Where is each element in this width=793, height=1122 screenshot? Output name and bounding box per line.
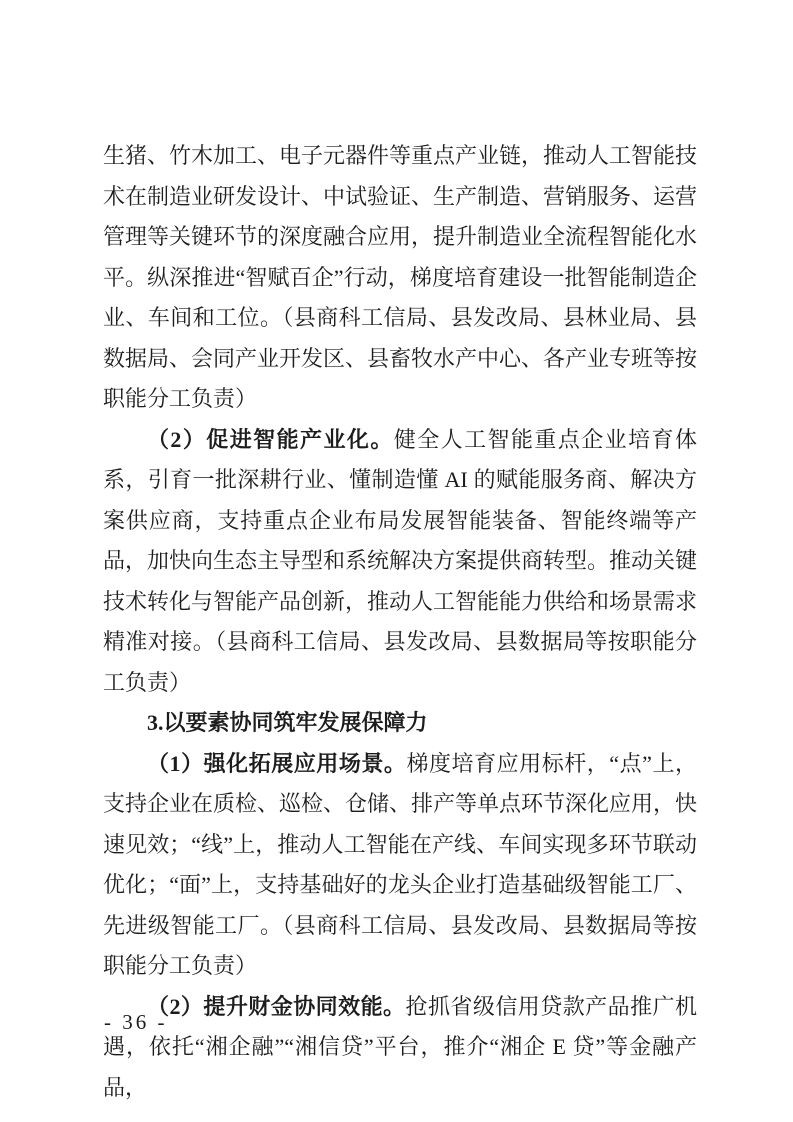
paragraph-item-2-promote-industrialization: （2）促进智能产业化。健全人工智能重点企业培育体系，引育一批深耕行业、懂制造懂 … bbox=[103, 420, 697, 704]
paragraph-item-2-fiscal-finance: （2）提升财金协同效能。抢抓省级信用贷款产品推广机遇，依托“湘企融”“湘信贷”平… bbox=[103, 987, 697, 1109]
document-body: 生猪、竹木加工、电子元器件等重点产业链，推动人工智能技术在制造业研发设计、中试验… bbox=[103, 136, 697, 1108]
run-in-heading: （1）强化拓展应用场景。 bbox=[147, 751, 406, 776]
heading-text: 3.以要素协同筑牢发展保障力 bbox=[147, 710, 428, 735]
document-page: 生猪、竹木加工、电子元器件等重点产业链，推动人工智能技术在制造业研发设计、中试验… bbox=[0, 0, 793, 1122]
run-in-heading: （2）促进智能产业化。 bbox=[147, 427, 394, 452]
run-in-heading: （2）提升财金协同效能。 bbox=[147, 994, 406, 1019]
page-number: - 36 - bbox=[104, 1006, 168, 1038]
section-heading-3: 3.以要素协同筑牢发展保障力 bbox=[103, 703, 697, 744]
paragraph-item-1-application-scenarios: （1）强化拓展应用场景。梯度培育应用标杆，“点”上，支持企业在质检、巡检、仓储、… bbox=[103, 744, 697, 987]
body-text: 梯度培育应用标杆，“点”上，支持企业在质检、巡检、仓储、排产等单点环节深化应用，… bbox=[103, 751, 697, 979]
body-text: 健全人工智能重点企业培育体系，引育一批深耕行业、懂制造懂 AI 的赋能服务商、解… bbox=[103, 427, 697, 695]
body-text: 生猪、竹木加工、电子元器件等重点产业链，推动人工智能技术在制造业研发设计、中试验… bbox=[103, 143, 697, 411]
paragraph-continuation: 生猪、竹木加工、电子元器件等重点产业链，推动人工智能技术在制造业研发设计、中试验… bbox=[103, 136, 697, 420]
